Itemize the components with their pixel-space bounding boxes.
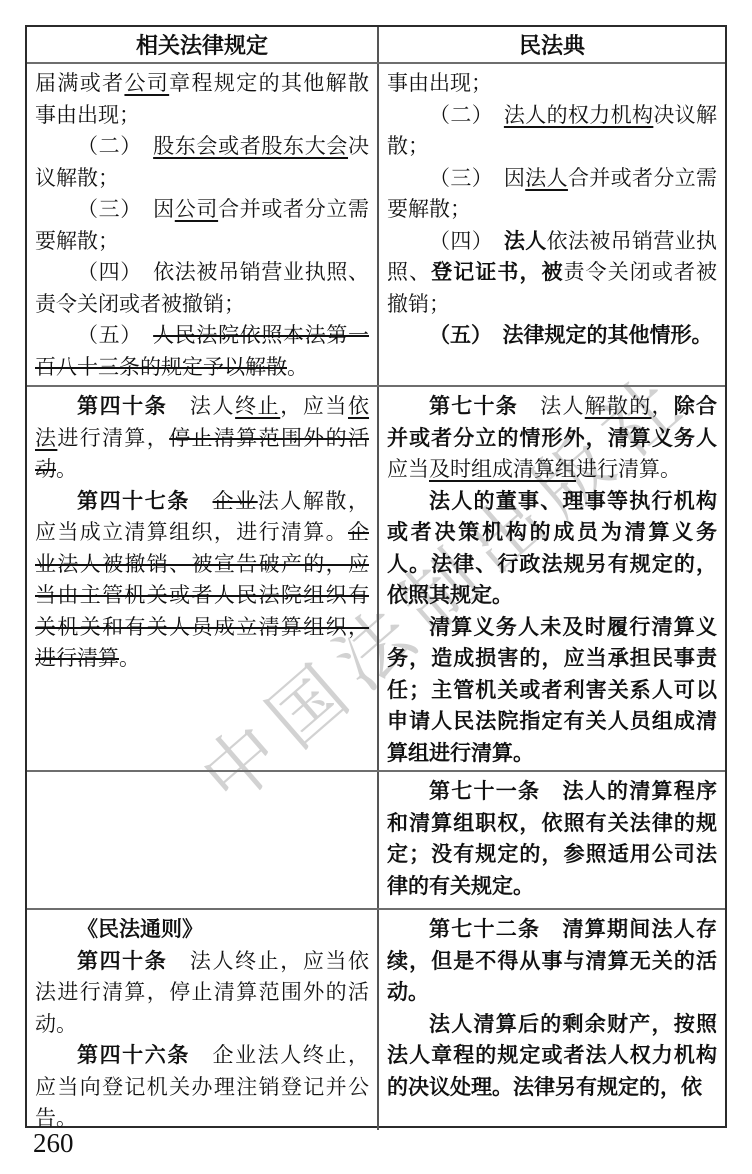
cell-related-laws: 届满或者公司章程规定的其他解散事由出现；（二） 股东会或者股东大会决议解散；（三… xyxy=(27,64,379,385)
text-run: 应当 xyxy=(387,457,429,481)
text-run: （四） 依法被吊销营业执照、责令关闭或者被撤销； xyxy=(35,260,369,316)
underlined-text-run: 及时组成清算组 xyxy=(429,457,576,481)
text-run: （五） xyxy=(77,323,153,347)
paragraph: 事由出现； xyxy=(387,68,717,100)
paragraph: （三） 因公司合并或者分立需要解散； xyxy=(35,194,369,257)
text-run: 法人 xyxy=(518,394,585,418)
text-run: 。 xyxy=(56,457,77,481)
text-run: （四） xyxy=(429,229,504,253)
text-run: 进行清算。 xyxy=(576,457,681,481)
paragraph: 届满或者公司章程规定的其他解散事由出现； xyxy=(35,68,369,131)
underlined-text-run: 终止 xyxy=(235,394,280,418)
table-row: 《民法通则》第四十条 法人终止，应当依法进行清算，停止清算范围外的活动。第四十六… xyxy=(27,910,725,1130)
paragraph: （二） 法人的权力机构决议解散； xyxy=(387,100,717,163)
text-run: 法人 xyxy=(167,394,235,418)
table-header-row: 相关法律规定 民法典 xyxy=(27,27,725,64)
cell-civil-code: 第七十一条 法人的清算程序和清算组职权，依照有关法律的规定；没有规定的，参照适用… xyxy=(379,772,725,908)
text-run: 。 xyxy=(287,355,308,379)
table-row: 第七十一条 法人的清算程序和清算组职权，依照有关法律的规定；没有规定的，参照适用… xyxy=(27,772,725,910)
comparison-table: 相关法律规定 民法典 届满或者公司章程规定的其他解散事由出现；（二） 股东会或者… xyxy=(25,25,727,1128)
text-run: （三） 因 xyxy=(429,166,525,190)
bold-text-run: 第七十条 xyxy=(429,395,518,418)
paragraph: 第七十条 法人解散的，除合并或者分立的情形外，清算义务人应当及时组成清算组进行清… xyxy=(387,391,717,486)
text-run: （二） xyxy=(77,134,153,158)
bold-text-run: 法人的董事、理事等执行机构或者决策机构的成员为清算义务人。法律、行政法规另有规定… xyxy=(387,490,717,608)
bold-text-run: 第七十二条 清算期间法人存续，但是不得从事与清算无关的活动。 xyxy=(387,918,717,1004)
text-run: 届满或者 xyxy=(35,71,124,95)
underlined-text-run: 法人 xyxy=(525,166,568,190)
cell-civil-code: 事由出现；（二） 法人的权力机构决议解散；（三） 因法人合并或者分立需要解散；（… xyxy=(379,64,725,385)
bold-text-run: 第四十六条 xyxy=(77,1044,190,1067)
bold-text-run: 第四十条 xyxy=(77,395,167,418)
paragraph: 法人的董事、理事等执行机构或者决策机构的成员为清算义务人。法律、行政法规另有规定… xyxy=(387,486,717,612)
underlined-text-run: 公司 xyxy=(175,197,218,221)
header-civil-code: 民法典 xyxy=(379,27,725,62)
bold-text-run: 第七十一条 法人的清算程序和清算组职权，依照有关法律的规定；没有规定的，参照适用… xyxy=(387,780,717,898)
header-related-laws: 相关法律规定 xyxy=(27,27,379,62)
text-run: 进行清算， xyxy=(57,426,169,450)
table-row: 届满或者公司章程规定的其他解散事由出现；（二） 股东会或者股东大会决议解散；（三… xyxy=(27,64,725,387)
paragraph: 第七十二条 清算期间法人存续，但是不得从事与清算无关的活动。 xyxy=(387,914,717,1009)
paragraph: （四） 依法被吊销营业执照、责令关闭或者被撤销； xyxy=(35,257,369,320)
paragraph: （三） 因法人合并或者分立需要解散； xyxy=(387,163,717,226)
text-run: 。 xyxy=(119,646,140,670)
cell-related-laws xyxy=(27,772,379,908)
paragraph: （五） 法律规定的其他情形。 xyxy=(387,320,717,352)
paragraph: （二） 股东会或者股东大会决议解散； xyxy=(35,131,369,194)
bold-text-run: 登记证书，被 xyxy=(431,261,563,284)
paragraph: 第四十六条 企业法人终止，应当向登记机关办理注销登记并公告。 xyxy=(35,1040,369,1130)
paragraph: 法人清算后的剩余财产，按照法人章程的规定或者法人权力机构的决议处理。法律另有规定… xyxy=(387,1009,717,1104)
paragraph: 第四十条 法人终止，应当依法进行清算，停止清算范围外的活动。 xyxy=(35,391,369,486)
bold-text-run: 第四十条 xyxy=(77,950,167,973)
underlined-text-run: 解散的 xyxy=(585,394,652,418)
text-run: ， xyxy=(652,394,674,418)
document-page: 中国法制出版社 相关法律规定 民法典 届满或者公司章程规定的其他解散事由出现；（… xyxy=(0,0,752,1174)
text-run xyxy=(190,489,213,513)
paragraph: （四） 法人依法被吊销营业执照、登记证书，被责令关闭或者被撤销； xyxy=(387,226,717,321)
strikethrough-text-run: 企业 xyxy=(213,489,258,513)
underlined-text-run: 公司 xyxy=(124,71,169,95)
bold-text-run: （五） 法律规定的其他情形。 xyxy=(429,324,713,347)
bold-text-run: 第四十七条 xyxy=(77,490,190,513)
paragraph: 《民法通则》 xyxy=(35,914,369,946)
paragraph: 第四十条 法人终止，应当依法进行清算，停止清算范围外的活动。 xyxy=(35,946,369,1041)
table-row: 第四十条 法人终止，应当依法进行清算，停止清算范围外的活动。第四十七条 企业法人… xyxy=(27,387,725,772)
text-run: （二） xyxy=(429,103,504,127)
page-number: 260 xyxy=(33,1128,74,1159)
underlined-text-run: 股东会或者股东大会 xyxy=(153,134,348,158)
underlined-text-run: 法人的权力机构 xyxy=(504,103,653,127)
cell-related-laws: 第四十条 法人终止，应当依法进行清算，停止清算范围外的活动。第四十七条 企业法人… xyxy=(27,387,379,770)
paragraph: 清算义务人未及时履行清算义务，造成损害的，应当承担民事责任；主管机关或者利害关系… xyxy=(387,612,717,770)
cell-civil-code: 第七十条 法人解散的，除合并或者分立的情形外，清算义务人应当及时组成清算组进行清… xyxy=(379,387,725,770)
cell-civil-code: 第七十二条 清算期间法人存续，但是不得从事与清算无关的活动。法人清算后的剩余财产… xyxy=(379,910,725,1130)
text-run: ，应当 xyxy=(280,394,348,418)
paragraph: （五） 人民法院依照本法第一百八十三条的规定予以解散。 xyxy=(35,320,369,383)
bold-text-run: 法人清算后的剩余财产，按照法人章程的规定或者法人权力机构的决议处理。法律另有规定… xyxy=(387,1013,717,1099)
text-run: 事由出现； xyxy=(387,71,492,95)
cell-related-laws: 《民法通则》第四十条 法人终止，应当依法进行清算，停止清算范围外的活动。第四十六… xyxy=(27,910,379,1130)
paragraph: 第四十七条 企业法人解散，应当成立清算组织，进行清算。企业法人被撤销、被宣告破产… xyxy=(35,486,369,675)
bold-text-run: 《民法通则》 xyxy=(77,918,203,941)
bold-text-run: 法人 xyxy=(504,230,547,253)
text-run: （三） 因 xyxy=(77,197,175,221)
bold-text-run: 清算义务人未及时履行清算义务，造成损害的，应当承担民事责任；主管机关或者利害关系… xyxy=(387,616,717,765)
paragraph: 第七十一条 法人的清算程序和清算组职权，依照有关法律的规定；没有规定的，参照适用… xyxy=(387,776,717,902)
